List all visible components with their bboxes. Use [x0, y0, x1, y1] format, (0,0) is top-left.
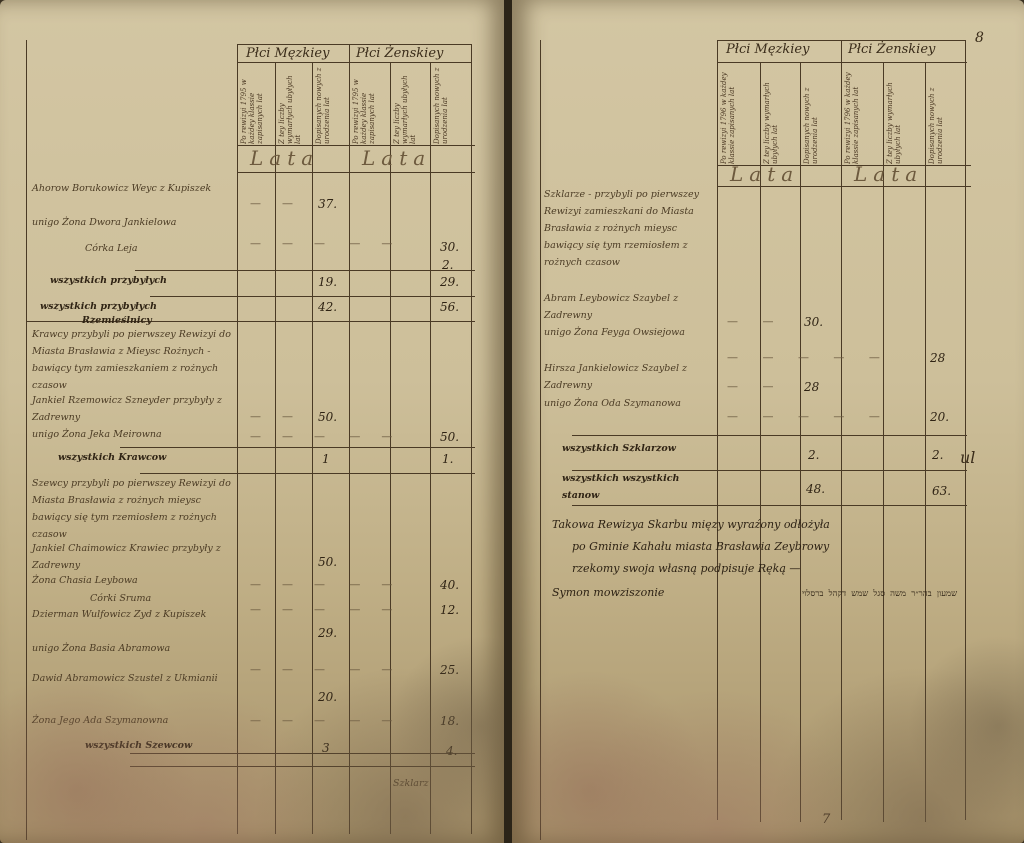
entry-text: unigo Żona Jeka Meirowna: [32, 426, 232, 443]
dash: — — — — —: [250, 237, 392, 250]
header-female: Płci Żenskiey: [848, 42, 935, 57]
value-f3: 40.: [440, 578, 459, 592]
total-m3: 19.: [318, 275, 337, 289]
col-header-f2: Z tey liczby wymarłych ubyłych lat: [393, 64, 429, 144]
entry-text: Córki Sruma: [90, 590, 230, 607]
header-rule: [717, 62, 967, 63]
entry-text: Jankiel Rzemowicz Szneyder przybyły z Za…: [32, 392, 232, 426]
total-rule: [150, 296, 475, 297]
value-f3: 50.: [440, 430, 459, 444]
grand-total-m3: 48.: [806, 482, 825, 496]
dash: — — — — —: [250, 430, 392, 443]
dash: — —: [250, 197, 293, 210]
lata-female: Lata: [854, 162, 923, 186]
lata-female: Lata: [362, 146, 431, 170]
col-header-f1: Po rewizyi 1796 w każdey klassie zapisan…: [844, 64, 882, 164]
total-f3: 56.: [440, 300, 459, 314]
value-m3: 29.: [318, 626, 337, 640]
margin-note: ul: [960, 448, 975, 467]
col-header-f1: Po rewizyi 1795 w każdey klassie zapisan…: [352, 64, 389, 144]
entry-text: unigo Żona Feyga Owsiejowa: [544, 324, 714, 341]
value-m3: 30.: [804, 315, 823, 329]
header-male: Płci Męzkiey: [246, 46, 329, 61]
value-m3: 20.: [318, 690, 337, 704]
total-label: wszystkich Krawcow: [58, 449, 166, 466]
column-rule: [800, 62, 801, 822]
value-f3: 30.: [440, 240, 459, 254]
header-rule: [717, 186, 971, 187]
col-header-m1: Po rewizyi 1795 w każdey klassie zapisan…: [240, 64, 274, 144]
dash: — —: [250, 410, 293, 423]
total-m3: 2.: [808, 448, 819, 462]
total-rule: [135, 270, 475, 271]
total-rule: [572, 505, 967, 506]
entry-text: Ahorow Borukowicz Weyc z Kupiszek: [32, 180, 232, 197]
entry-text: Żona Jego Ada Szymanowna: [32, 712, 232, 729]
total-label: wszystkich wszystkich stanow: [562, 470, 712, 504]
total-label: wszystkich przybyłych: [50, 272, 230, 289]
value-m3: 28: [804, 380, 819, 394]
total-f3: 1.: [442, 452, 453, 466]
total-m3: 3: [322, 741, 330, 755]
lata-male: Lata: [730, 162, 799, 186]
total-f3: 29.: [440, 275, 459, 289]
dash: — —: [727, 380, 773, 393]
closing-line-1: Takowa Rewizya Skarbu mięzy wyraźony odł…: [552, 514, 830, 536]
col-header-m2: Z tey liczby wymarłych ubyłych lat: [763, 64, 799, 164]
dash: — — — — —: [250, 663, 392, 676]
right-page: 8 Płci Męzkiey Płci Żenskiey Po rewizyi …: [512, 0, 1024, 843]
total-m3: 42.: [318, 300, 337, 314]
entry-text: unigo Żona Oda Szymanowa: [544, 395, 714, 412]
header-rule: [237, 172, 475, 173]
closing-line-3: rzekomy swoja własną podpisuje Ręką —: [572, 558, 800, 580]
signature-name: Symon mowziszonie: [552, 582, 664, 604]
col-header-m3: Dopisanych nowych z urodzenia lat: [315, 64, 348, 144]
total-rule: [120, 447, 475, 448]
total-rule: [130, 766, 475, 767]
footer-mark: 7: [822, 812, 830, 827]
header-male: Płci Męzkiey: [726, 42, 809, 57]
value-m3: 37.: [318, 197, 337, 211]
dash: — — — — —: [250, 578, 392, 591]
hebrew-signature: שמעון בהר״ר משה סגל שמש דקהל ברסלוי: [802, 588, 957, 599]
header-rule: [717, 40, 965, 41]
header-rule: [237, 62, 471, 63]
column-rule: [717, 40, 718, 820]
entry-text: Dawid Abramowicz Szustel z Ukmianii: [32, 670, 232, 687]
dash: — —: [727, 315, 773, 328]
entry-text: Żona Chasia Leybowa: [32, 572, 232, 589]
dash: — — — — —: [250, 714, 392, 727]
total-label: wszystkich Szewcow: [85, 737, 192, 754]
margin-rule: [540, 40, 541, 840]
total-label: wszystkich Szklarzow: [562, 440, 676, 457]
dash: — — — — —: [727, 351, 880, 364]
column-rule: [471, 44, 472, 834]
section-intro: Krawcy przybyli po pierwszey Rewizyi do …: [32, 326, 232, 394]
grand-total-f3: 63.: [932, 484, 951, 498]
total-rule: [572, 435, 967, 436]
entry-text: unigo Żona Dwora Jankielowa: [32, 214, 232, 231]
page-number: 8: [975, 30, 984, 46]
section-intro: Szklarze - przybyli po pierwszey Rewizyi…: [544, 186, 714, 271]
value-f3: 28: [930, 351, 945, 365]
dash: — — — — —: [727, 410, 880, 423]
col-header-m3: Dopisanych nowych z urodzenia lat: [803, 64, 840, 164]
value-m3: 50.: [318, 410, 337, 424]
column-rule: [841, 40, 842, 820]
value-f3: 18.: [440, 714, 459, 728]
col-header-m2: Z tey liczby wymarłych ubyłych lat: [278, 64, 311, 144]
total-m3: 1: [322, 452, 330, 466]
entry-text: Abram Leybowicz Szaybel z Zadrewny: [544, 290, 714, 324]
value-f3: 25.: [440, 663, 459, 677]
lata-male: Lata: [250, 146, 319, 170]
header-female: Płci Żenskiey: [356, 46, 443, 61]
col-header-f2: Z tey liczby wymarłych ubyłych lat: [886, 64, 924, 164]
column-rule: [965, 40, 966, 820]
water-damage-stain: [512, 583, 1024, 843]
col-header-m1: Po rewizyi 1796 w każdey klassie zapisan…: [720, 64, 759, 164]
total-f3: 2.: [932, 448, 943, 462]
total-rule: [140, 473, 475, 474]
value-f3: 20.: [930, 410, 949, 424]
col-header-f3: Dopisanych nowych z urodzenia lat: [928, 64, 964, 164]
entry-text: Hirsza Jankielowicz Szaybel z Zadrewny: [544, 360, 714, 394]
left-page: Płci Męzkiey Płci Żenskiey Po rewizyi 17…: [0, 0, 506, 843]
header-rule: [237, 44, 471, 45]
entry-text: Jankiel Chaimowicz Krawiec przybyły z Za…: [32, 540, 232, 574]
entry-text: Córka Leja: [85, 240, 235, 257]
total-f3: 4.: [446, 744, 457, 758]
margin-rule: [26, 40, 27, 840]
value-f3: 2.: [442, 258, 453, 272]
dash: — — — — —: [250, 603, 392, 616]
col-header-f3: Dopisanych nowych z urodzenia lat: [433, 64, 470, 144]
register-spread: Płci Męzkiey Płci Żenskiey Po rewizyi 17…: [0, 0, 1024, 843]
column-rule: [237, 44, 238, 834]
catchword: Szklarz: [393, 775, 429, 792]
entry-text: Dzierman Wulfowicz Zyd z Kupiszek: [32, 606, 232, 623]
closing-line-2: po Gminie Kahału miasta Brasławia Zeybro…: [572, 536, 829, 558]
column-rule: [925, 62, 926, 822]
entry-text: unigo Żona Basia Abramowa: [32, 640, 232, 657]
value-m3: 50.: [318, 555, 337, 569]
value-f3: 12.: [440, 603, 459, 617]
section-intro: Szewcy przybyli po pierwszey Rewizyi do …: [32, 475, 232, 543]
column-rule: [430, 62, 431, 834]
